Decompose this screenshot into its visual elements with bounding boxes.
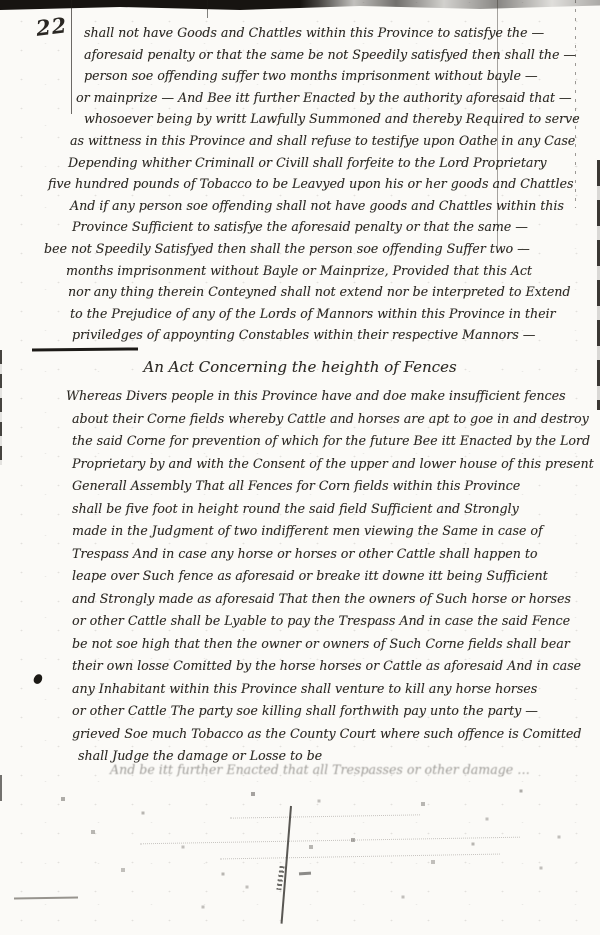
manuscript-page: 22 shall not have Goods and Chattles wit…: [0, 0, 600, 935]
manuscript-line: grieved Soe much Tobacco as the County C…: [72, 723, 594, 746]
manuscript-line: priviledges of appoynting Constables wit…: [72, 324, 580, 346]
manuscript-line: to the Prejudice of any of the Lords of …: [70, 303, 580, 325]
manuscript-line: made in the Judgment of two indifferent …: [72, 520, 594, 543]
manuscript-line: Province Sufficient to satisfye the afor…: [72, 216, 580, 238]
illegible-stamp-mark: [299, 872, 311, 876]
manuscript-line: or mainprize — And Bee itt further Enact…: [76, 87, 580, 109]
manuscript-line: Whereas Divers people in this Province h…: [66, 385, 594, 408]
faded-text-remnant: [220, 854, 500, 860]
manuscript-line: leape over Such fence as aforesaid or br…: [72, 565, 594, 588]
manuscript-line: or other Cattle shall be Lyable to pay t…: [72, 610, 594, 633]
manuscript-line: whosoever being by writt Lawfully Summon…: [84, 108, 580, 130]
act-continuation-text: shall not have Goods and Chattles within…: [84, 22, 580, 346]
manuscript-line: bee not Speedily Satisfyed then shall th…: [44, 238, 580, 260]
manuscript-line: any Inhabitant within this Province shal…: [72, 678, 594, 701]
manuscript-line: shall not have Goods and Chattles within…: [84, 22, 580, 44]
left-margin-rule: [71, 0, 72, 114]
ink-blot: [33, 673, 44, 685]
bottom-left-faint-line: [14, 896, 78, 899]
manuscript-line: five hundred pounds of Tobacco to be Lea…: [48, 173, 580, 195]
manuscript-line: person soe offending suffer two months i…: [84, 65, 580, 87]
top-edge-scan-artifact: [0, 0, 600, 10]
act-heading: An Act Concerning the heighth of Fences: [0, 358, 600, 376]
manuscript-line: be not soe high that then the owner or o…: [72, 633, 594, 656]
faded-manuscript-line: And be itt further Enacted that all Tres…: [110, 762, 530, 777]
faded-text-remnant: [230, 814, 420, 818]
manuscript-line: about their Corne fields whereby Cattle …: [72, 408, 594, 431]
manuscript-line: as wittness in this Province and shall r…: [70, 130, 580, 152]
page-number: 22: [35, 12, 69, 41]
manuscript-line: and Strongly made as aforesaid That then…: [72, 588, 594, 611]
top-margin-tick: [207, 0, 208, 18]
manuscript-line: months imprisonment without Bayle or Mai…: [66, 260, 580, 282]
left-edge-scan-artifact: [0, 775, 2, 801]
manuscript-line: their own losse Comitted by the horse ho…: [72, 655, 594, 678]
manuscript-line: Depending whither Criminall or Civill sh…: [68, 152, 580, 174]
manuscript-line: And if any person soe offending shall no…: [70, 195, 580, 217]
bottom-crease-line: [281, 806, 292, 924]
manuscript-line: nor any thing therein Conteyned shall no…: [68, 281, 580, 303]
manuscript-line: or other Cattle The party soe killing sh…: [72, 700, 594, 723]
manuscript-line: aforesaid penalty or that the same be no…: [84, 44, 580, 66]
manuscript-line: Trespass And in case any horse or horses…: [72, 543, 594, 566]
faded-text-remnant: [140, 837, 520, 845]
manuscript-line: Generall Assembly That all Fences for Co…: [72, 475, 594, 498]
scan-noise-speckles: [0, 0, 2, 2]
manuscript-line: shall be five foot in height round the s…: [72, 498, 594, 521]
act-fences-text: Whereas Divers people in this Province h…: [72, 385, 594, 768]
manuscript-line: Proprietary by and with the Consent of t…: [72, 453, 594, 476]
manuscript-line: the said Corne for prevention of which f…: [72, 430, 594, 453]
section-separator-line: [32, 347, 138, 351]
